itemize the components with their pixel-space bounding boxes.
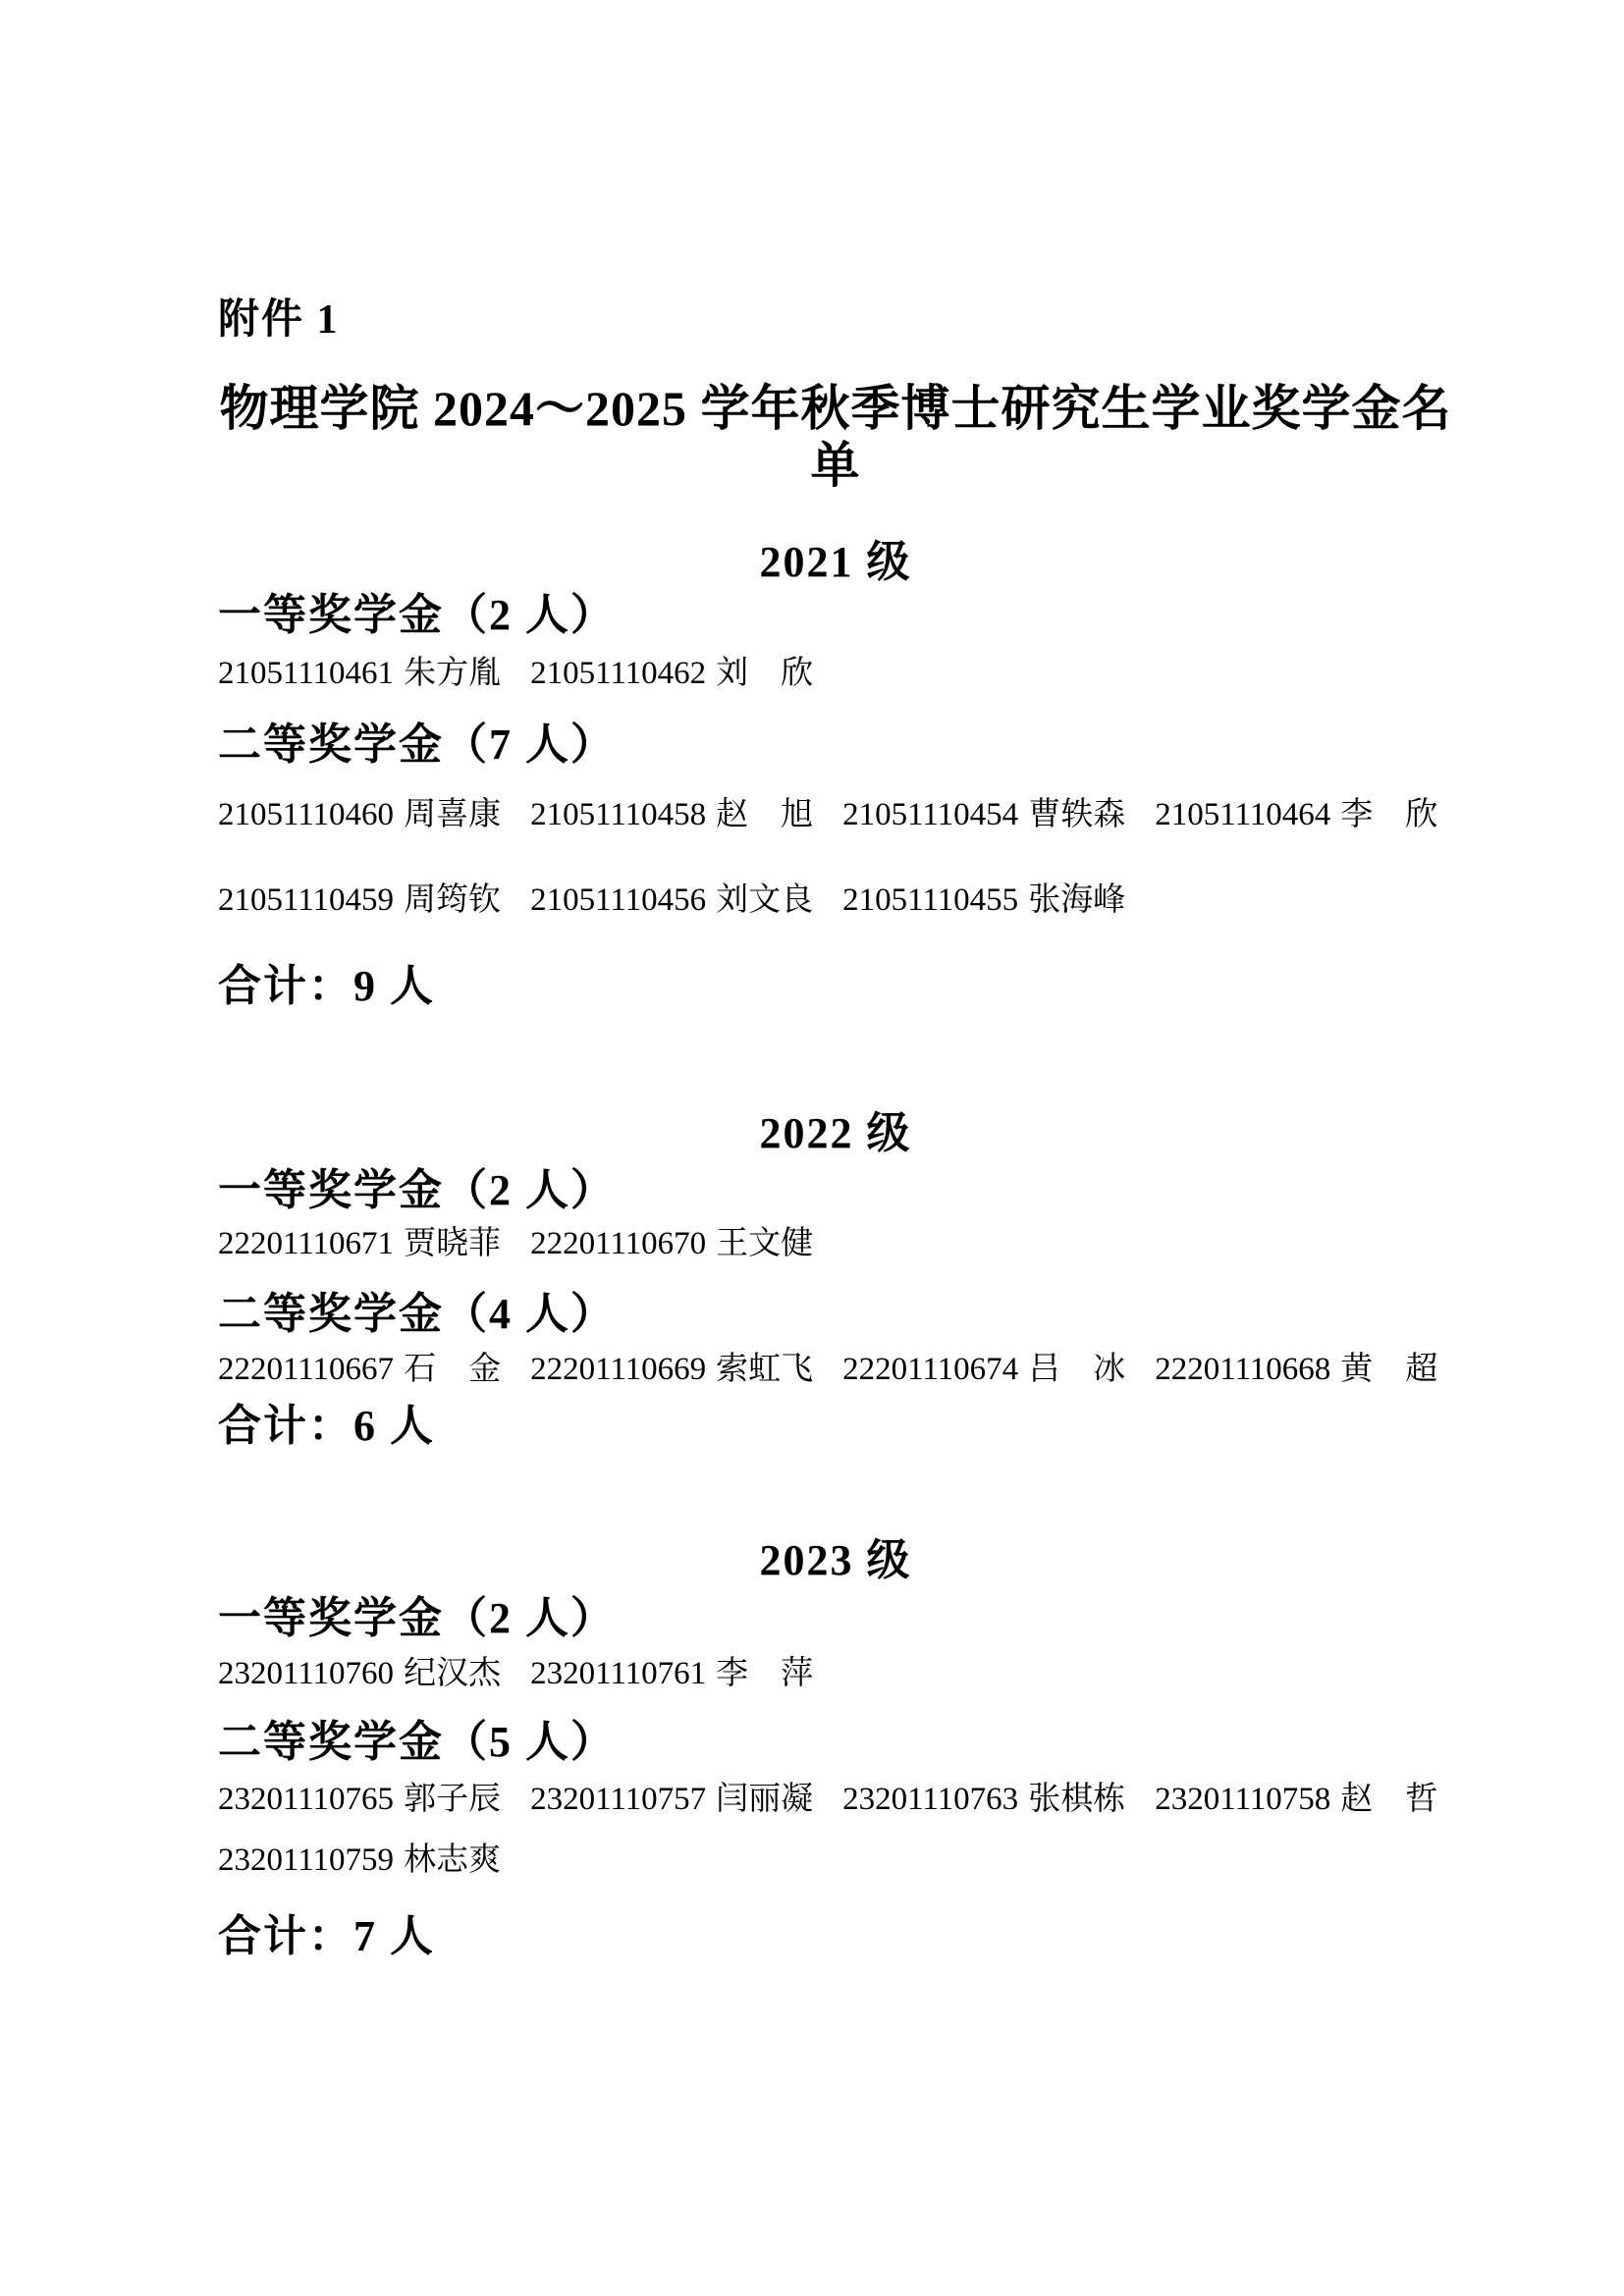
student-id: 23201110757 [530,1782,706,1817]
document-page: 附件 1 物理学院 2024～2025 学年秋季博士研究生学业奖学金名单 202… [0,0,1624,2296]
student-name: 索虹飞 [716,1352,813,1387]
grade-heading: 2022 级 [218,1109,1453,1159]
student-id: 21051110464 [1155,797,1330,832]
student-id: 23201110763 [842,1782,1018,1817]
student-id: 23201110761 [530,1656,706,1691]
student-id: 23201110765 [218,1782,394,1817]
student-name: 王文健 [716,1226,813,1261]
student-id: 23201110760 [218,1656,394,1691]
student-id: 21051110455 [842,882,1018,918]
scholar-entry: 23201110759林志爽 [218,1842,501,1880]
student-name: 赵 旭 [716,797,813,832]
student-id: 21051110459 [218,882,394,918]
scholar-entry: 23201110765郭子辰 [218,1782,501,1819]
award-tier-heading: 一等奖学金（2 人） [218,1594,616,1644]
scholar-entry: 23201110763张棋栋 [842,1782,1125,1819]
student-name: 刘 欣 [716,656,813,691]
scholar-list-line: 23201110759林志爽 [218,1842,501,1880]
award-tier-heading: 二等奖学金（5 人） [218,1718,616,1768]
student-id: 21051110461 [218,656,394,691]
scholar-entry: 23201110757闫丽凝 [530,1782,813,1819]
student-id: 21051110458 [530,797,706,832]
student-name: 贾晓菲 [404,1226,501,1261]
scholar-list-line: 21051110459周筠钦 21051110456刘文良 2105111045… [218,882,1125,920]
student-id: 21051110454 [842,797,1018,832]
student-name: 闫丽凝 [716,1782,813,1817]
student-id: 22201110671 [218,1226,394,1261]
page-title: 物理学院 2024～2025 学年秋季博士研究生学业奖学金名单 [218,381,1453,494]
student-id: 21051110456 [530,882,706,918]
total-count: 合计：7 人 [218,1912,435,1962]
student-id: 22201110669 [530,1352,706,1387]
scholar-entry: 22201110667石 金 [218,1352,501,1389]
scholar-entry: 21051110456刘文良 [530,882,813,920]
student-name: 石 金 [404,1352,501,1387]
scholar-entry: 22201110669索虹飞 [530,1352,813,1389]
student-id: 22201110674 [842,1352,1018,1387]
scholar-entry: 21051110459周筠钦 [218,882,501,920]
scholar-entry: 22201110670王文健 [530,1226,813,1263]
total-count: 合计：6 人 [218,1402,435,1452]
scholar-entry: 22201110674吕 冰 [842,1352,1125,1389]
student-id: 22201110668 [1155,1352,1330,1387]
attachment-label: 附件 1 [218,296,340,344]
student-name: 张棋栋 [1028,1782,1125,1817]
student-id: 21051110462 [530,656,706,691]
award-tier-heading: 一等奖学金（2 人） [218,1166,616,1216]
student-name: 曹轶森 [1028,797,1125,832]
scholar-entry: 21051110454曹轶森 [842,797,1125,834]
scholar-entry: 21051110455张海峰 [842,882,1125,920]
student-name: 林志爽 [404,1842,501,1878]
student-name: 李 萍 [716,1656,813,1691]
award-tier-heading: 二等奖学金（4 人） [218,1290,616,1340]
scholar-entry: 22201110671贾晓菲 [218,1226,501,1263]
student-name: 吕 冰 [1028,1352,1125,1387]
grade-heading: 2021 级 [218,538,1453,588]
scholar-entry: 21051110464李 欣 [1155,797,1437,834]
scholar-entry: 22201110668黄 超 [1155,1352,1437,1389]
student-name: 周喜康 [404,797,501,832]
scholar-list-line: 21051110460周喜康 21051110458赵 旭 2105111045… [218,797,1437,834]
student-name: 郭子辰 [404,1782,501,1817]
student-name: 黄 超 [1340,1352,1437,1387]
scholar-entry: 23201110760纪汉杰 [218,1656,501,1693]
award-tier-heading: 一等奖学金（2 人） [218,591,616,641]
grade-heading: 2023 级 [218,1536,1453,1586]
scholar-list-line: 22201110671贾晓菲 22201110670王文健 [218,1226,813,1263]
scholar-entry: 23201110761李 萍 [530,1656,813,1693]
student-name: 纪汉杰 [404,1656,501,1691]
scholar-entry: 21051110460周喜康 [218,797,501,834]
scholar-entry: 23201110758赵 哲 [1155,1782,1437,1819]
scholar-entry: 21051110461朱方胤 [218,656,501,693]
award-tier-heading: 二等奖学金（7 人） [218,721,616,771]
student-name: 周筠钦 [404,882,501,918]
student-id: 23201110759 [218,1842,394,1878]
student-name: 张海峰 [1028,882,1125,918]
scholar-list-line: 23201110765郭子辰 23201110757闫丽凝 2320111076… [218,1782,1437,1819]
scholar-entry: 21051110458赵 旭 [530,797,813,834]
scholar-entry: 21051110462刘 欣 [530,656,813,693]
student-id: 21051110460 [218,797,394,832]
scholar-list-line: 23201110760纪汉杰 23201110761李 萍 [218,1656,813,1693]
student-name: 赵 哲 [1340,1782,1437,1817]
total-count: 合计：9 人 [218,962,435,1012]
student-name: 朱方胤 [404,656,501,691]
student-id: 22201110670 [530,1226,706,1261]
scholar-list-line: 22201110667石 金 22201110669索虹飞 2220111067… [218,1352,1437,1389]
student-name: 刘文良 [716,882,813,918]
student-id: 22201110667 [218,1352,394,1387]
student-id: 23201110758 [1155,1782,1330,1817]
student-name: 李 欣 [1340,797,1437,832]
scholar-list-line: 21051110461朱方胤 21051110462刘 欣 [218,656,813,693]
